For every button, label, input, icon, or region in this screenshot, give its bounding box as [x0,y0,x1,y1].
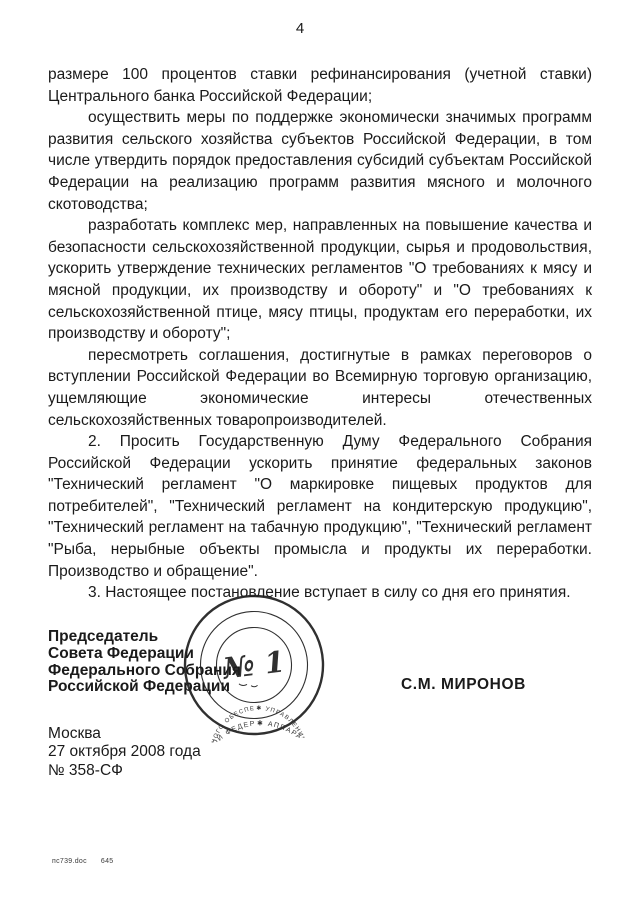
footer-file-name: пс739.doc [52,858,87,865]
issuance-city: Москва [48,725,201,743]
paragraph: 2. Просить Государственную Думу Федераль… [48,431,592,582]
page-number: 4 [0,20,600,37]
signature-name: С.М. МИРОНОВ [401,676,526,694]
issuance-number: № 358-СФ [48,762,201,780]
document-body: размере 100 процентов ставки рефинансиро… [48,64,592,604]
issuance-date: 27 октября 2008 года [48,743,201,761]
paragraph: пересмотреть соглашения, достигнутые в р… [48,345,592,431]
footer-code: 645 [101,858,114,865]
paragraph: размере 100 процентов ставки рефинансиро… [48,64,592,107]
paragraph: разработать комплекс мер, направленных н… [48,215,592,345]
official-seal-stamp-icon: ✱ АППАРАТ СОВЕТА ФЕДЕРАЦИИ ФЕДЕРАЛЬНОГО … [175,586,333,744]
issuance-block: Москва 27 октября 2008 года № 358-СФ [48,725,201,780]
stamp-center-number: № 1 [219,644,286,686]
paragraph: осуществить меры по поддержке экономичес… [48,107,592,215]
document-footer: пс739.doc645 [52,858,114,865]
document-page: 4 размере 100 процентов ставки рефинанси… [0,0,640,900]
